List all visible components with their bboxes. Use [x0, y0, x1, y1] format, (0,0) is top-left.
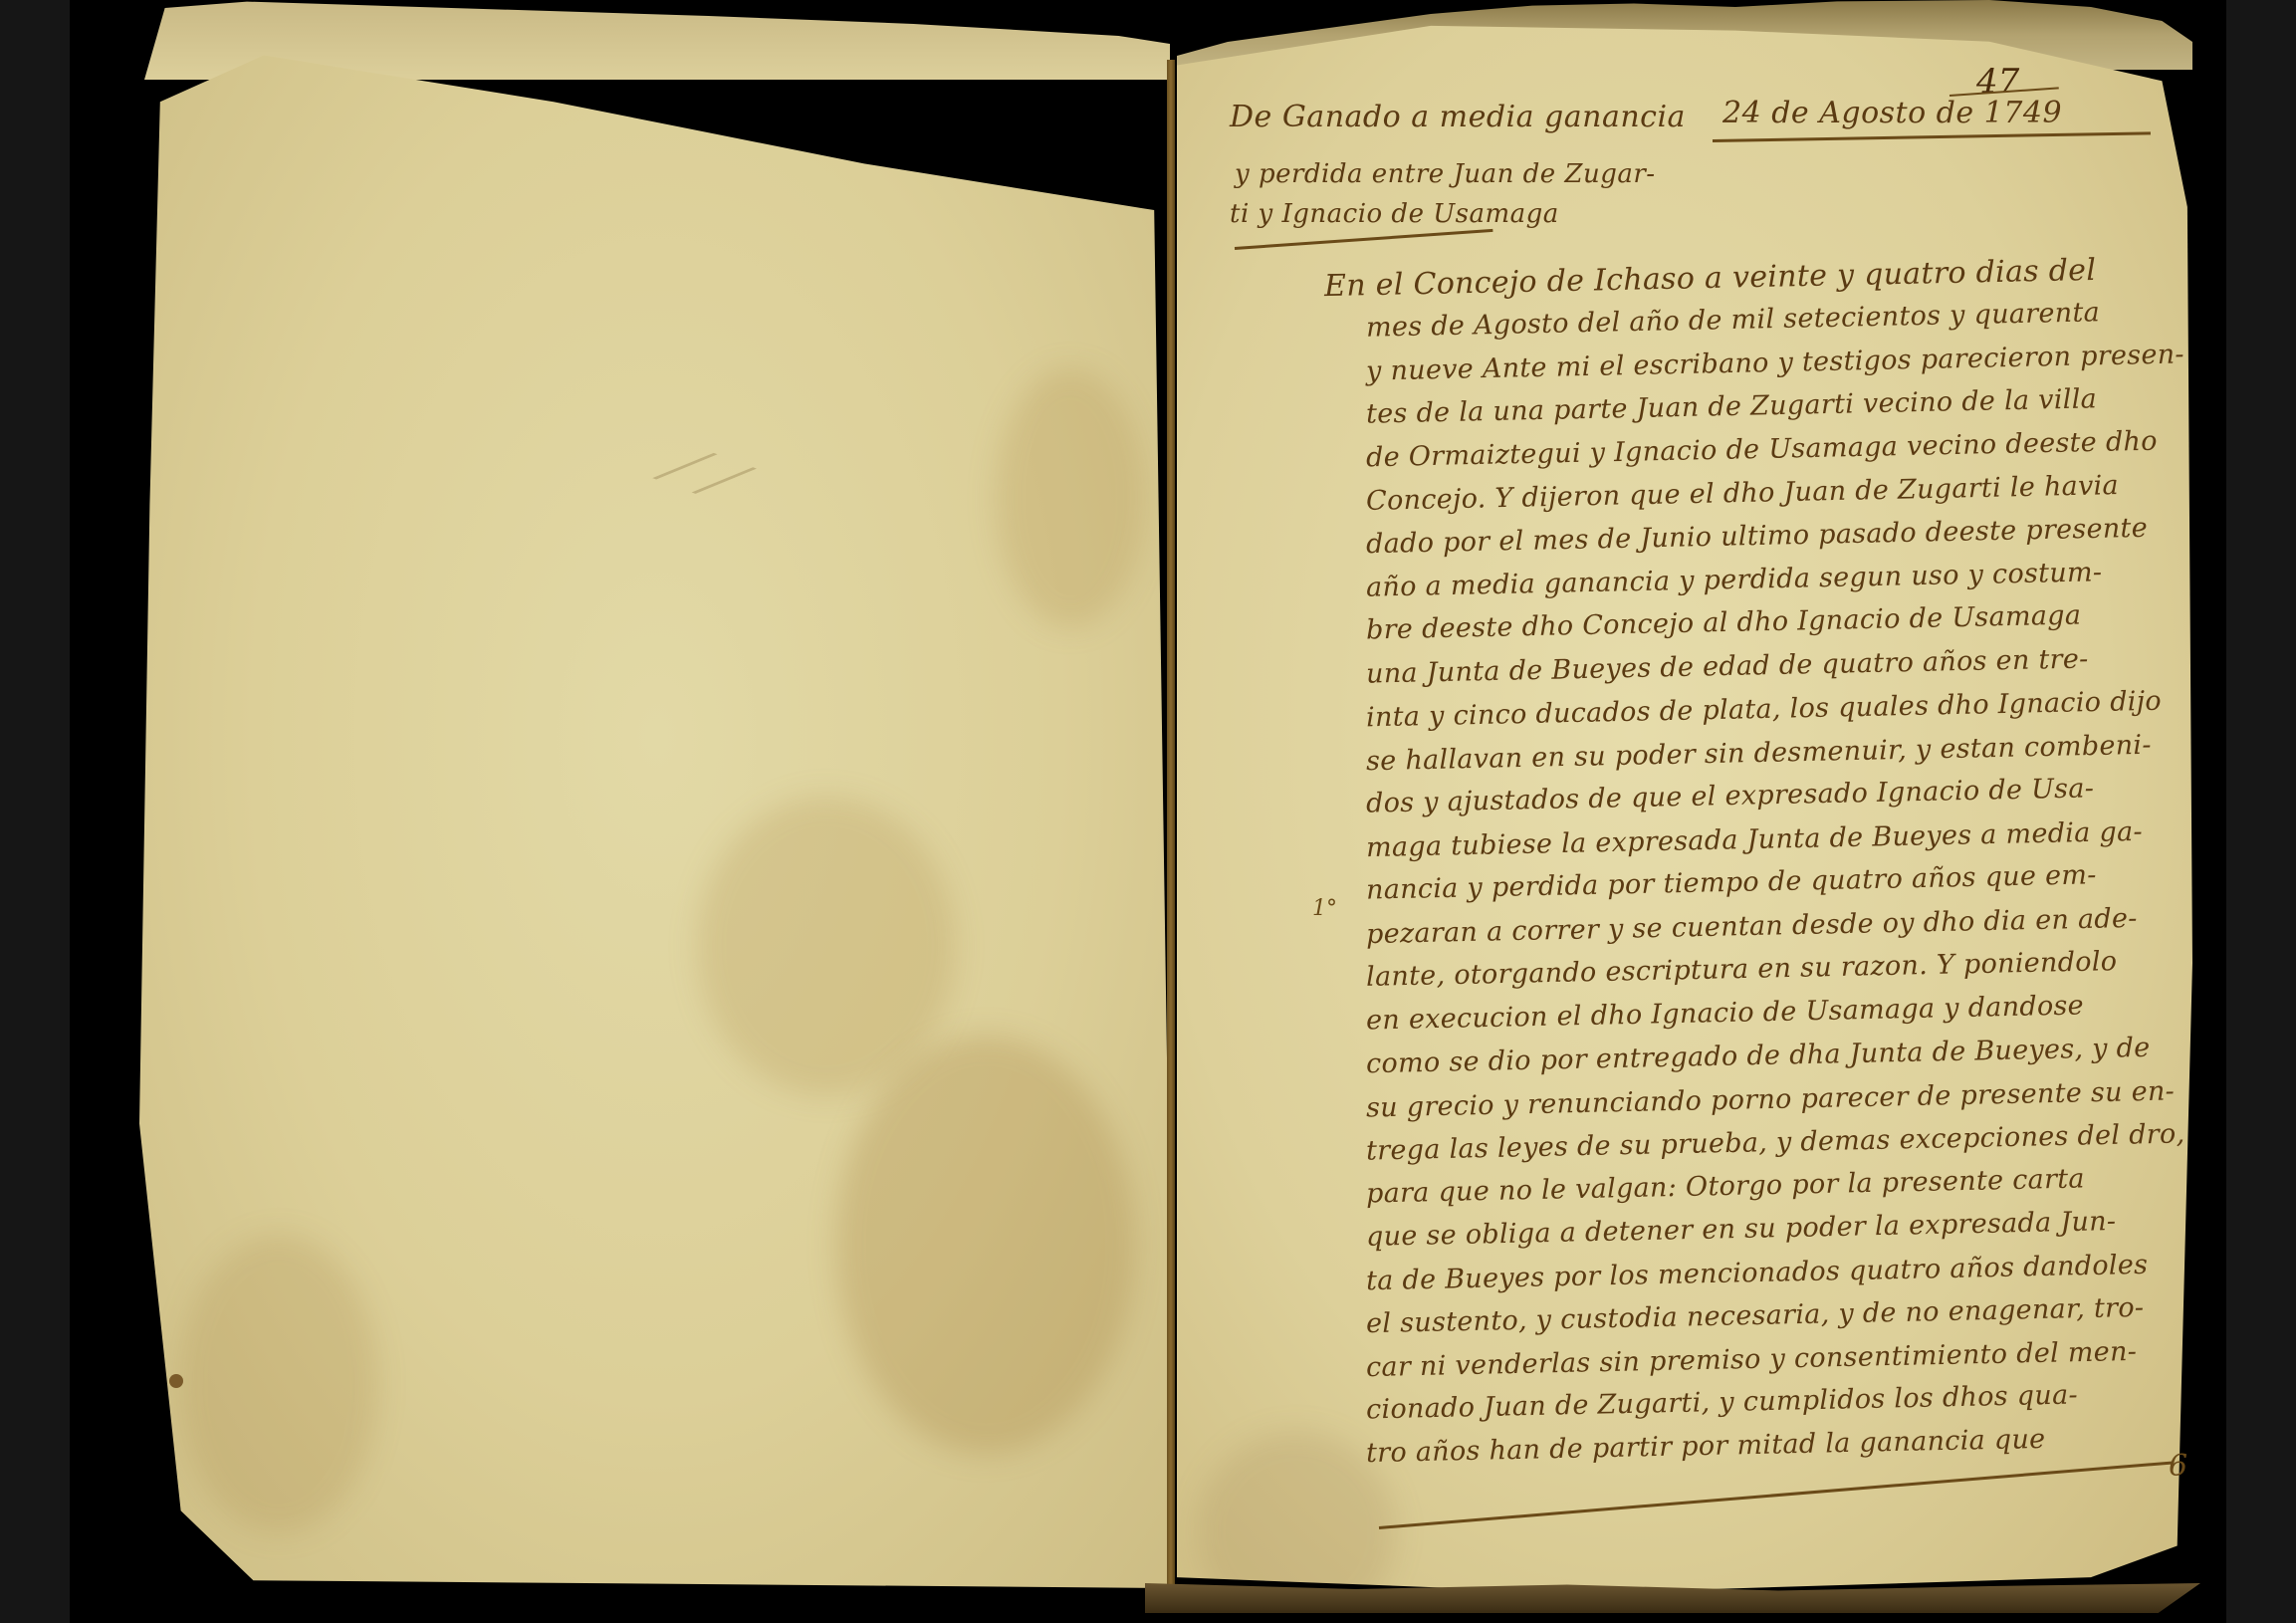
book-spine [1167, 60, 1175, 1598]
water-stain [179, 1235, 378, 1533]
ink-blot [169, 1374, 183, 1388]
scan-border-left [0, 0, 70, 1623]
heading-line-1: De Ganado a media ganancia [1230, 100, 1686, 134]
water-stain [836, 1036, 1135, 1454]
bleed-through-flourish: ⟋⟋ [648, 426, 751, 521]
heading-line-3: ti y Ignacio de Usamaga [1230, 199, 1559, 229]
scan-border-right [2226, 0, 2296, 1623]
right-page-bottom-edge [1145, 1583, 2200, 1613]
heading-date: 24 de Agosto de 1749 [1722, 96, 2062, 130]
closing-flourish: 6 [2169, 1449, 2187, 1484]
margin-note: 1° [1312, 896, 1337, 921]
heading-line-2: y perdida entre Juan de Zugar- [1235, 159, 1656, 189]
water-stain [996, 368, 1145, 627]
left-page: ⟋⟋ [139, 40, 1175, 1588]
water-stain [697, 797, 956, 1095]
